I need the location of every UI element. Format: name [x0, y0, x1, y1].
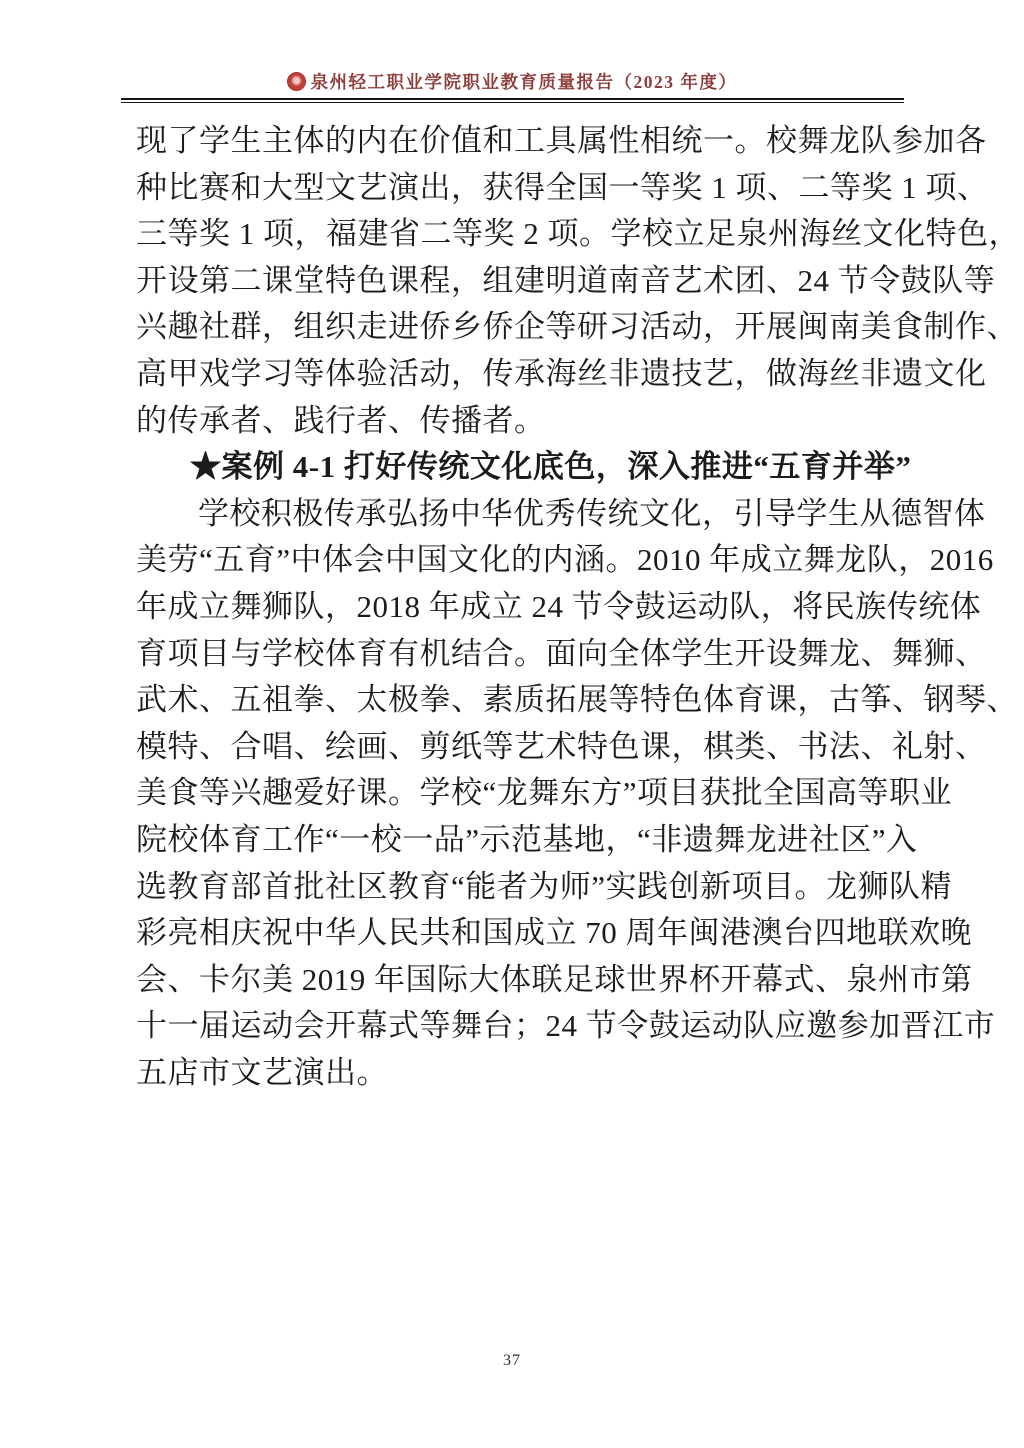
paragraph-line: 的传承者、践行者、传播者。 — [136, 398, 906, 445]
page-footer: 37 — [0, 1352, 1024, 1370]
header-divider-rule — [121, 98, 904, 103]
paragraph-line: 院校体育工作“一校一品”示范基地，“非遗舞龙进社区”入 — [136, 817, 906, 864]
paragraph-line: 育项目与学校体育有机结合。面向全体学生开设舞龙、舞狮、 — [136, 631, 906, 678]
page-header-inner: 泉州轻工职业学院职业教育质量报告（2023 年度） — [0, 68, 1024, 94]
paragraph-line: 现了学生主体的内在价值和工具属性相统一。校舞龙队参加各 — [136, 118, 906, 165]
paragraph-line: 十一届运动会开幕式等舞台；24 节令鼓运动队应邀参加晋江市 — [136, 1003, 906, 1050]
paragraph-line: 三等奖 1 项，福建省二等奖 2 项。学校立足泉州海丝文化特色， — [136, 211, 906, 258]
paragraph-line: 五店市文艺演出。 — [136, 1050, 906, 1097]
page-header: 泉州轻工职业学院职业教育质量报告（2023 年度） — [0, 68, 1024, 94]
paragraph-line: 学校积极传承弘扬中华优秀传统文化，引导学生从德智体 — [136, 491, 906, 538]
page-number: 37 — [503, 1352, 521, 1369]
report-header-title: 泉州轻工职业学院职业教育质量报告（2023 年度） — [311, 69, 738, 94]
case-study-heading: ★案例 4-1 打好传统文化底色，深入推进“五育并举” — [136, 444, 906, 491]
paragraph-line: 种比赛和大型文艺演出，获得全国一等奖 1 项、二等奖 1 项、 — [136, 165, 906, 212]
document-body: 现了学生主体的内在价值和工具属性相统一。校舞龙队参加各种比赛和大型文艺演出，获得… — [136, 118, 906, 1096]
paragraph-line: 美劳“五育”中体会中国文化的内涵。2010 年成立舞龙队，2016 — [136, 537, 906, 584]
paragraph-line: 模特、合唱、绘画、剪纸等艺术特色课，棋类、书法、礼射、 — [136, 724, 906, 771]
paragraph-line: 武术、五祖拳、太极拳、素质拓展等特色体育课，古筝、钢琴、 — [136, 677, 906, 724]
paragraph-line: 会、卡尔美 2019 年国际大体联足球世界杯开幕式、泉州市第 — [136, 957, 906, 1004]
paragraph-line: 美食等兴趣爱好课。学校“龙舞东方”项目获批全国高等职业 — [136, 770, 906, 817]
paragraph-line: 选教育部首批社区教育“能者为师”实践创新项目。龙狮队精 — [136, 864, 906, 911]
paragraph-line: 兴趣社群，组织走进侨乡侨企等研习活动，开展闽南美食制作、 — [136, 304, 906, 351]
document-page: 泉州轻工职业学院职业教育质量报告（2023 年度） 现了学生主体的内在价值和工具… — [0, 0, 1024, 1448]
paragraph-line: 高甲戏学习等体验活动，传承海丝非遗技艺，做海丝非遗文化 — [136, 351, 906, 398]
paragraph-line: 年成立舞狮队，2018 年成立 24 节令鼓运动队，将民族传统体 — [136, 584, 906, 631]
paragraph-line: 彩亮相庆祝中华人民共和国成立 70 周年闽港澳台四地联欢晚 — [136, 910, 906, 957]
school-seal-icon — [287, 72, 306, 91]
paragraph-line: 开设第二课堂特色课程，组建明道南音艺术团、24 节令鼓队等 — [136, 258, 906, 305]
